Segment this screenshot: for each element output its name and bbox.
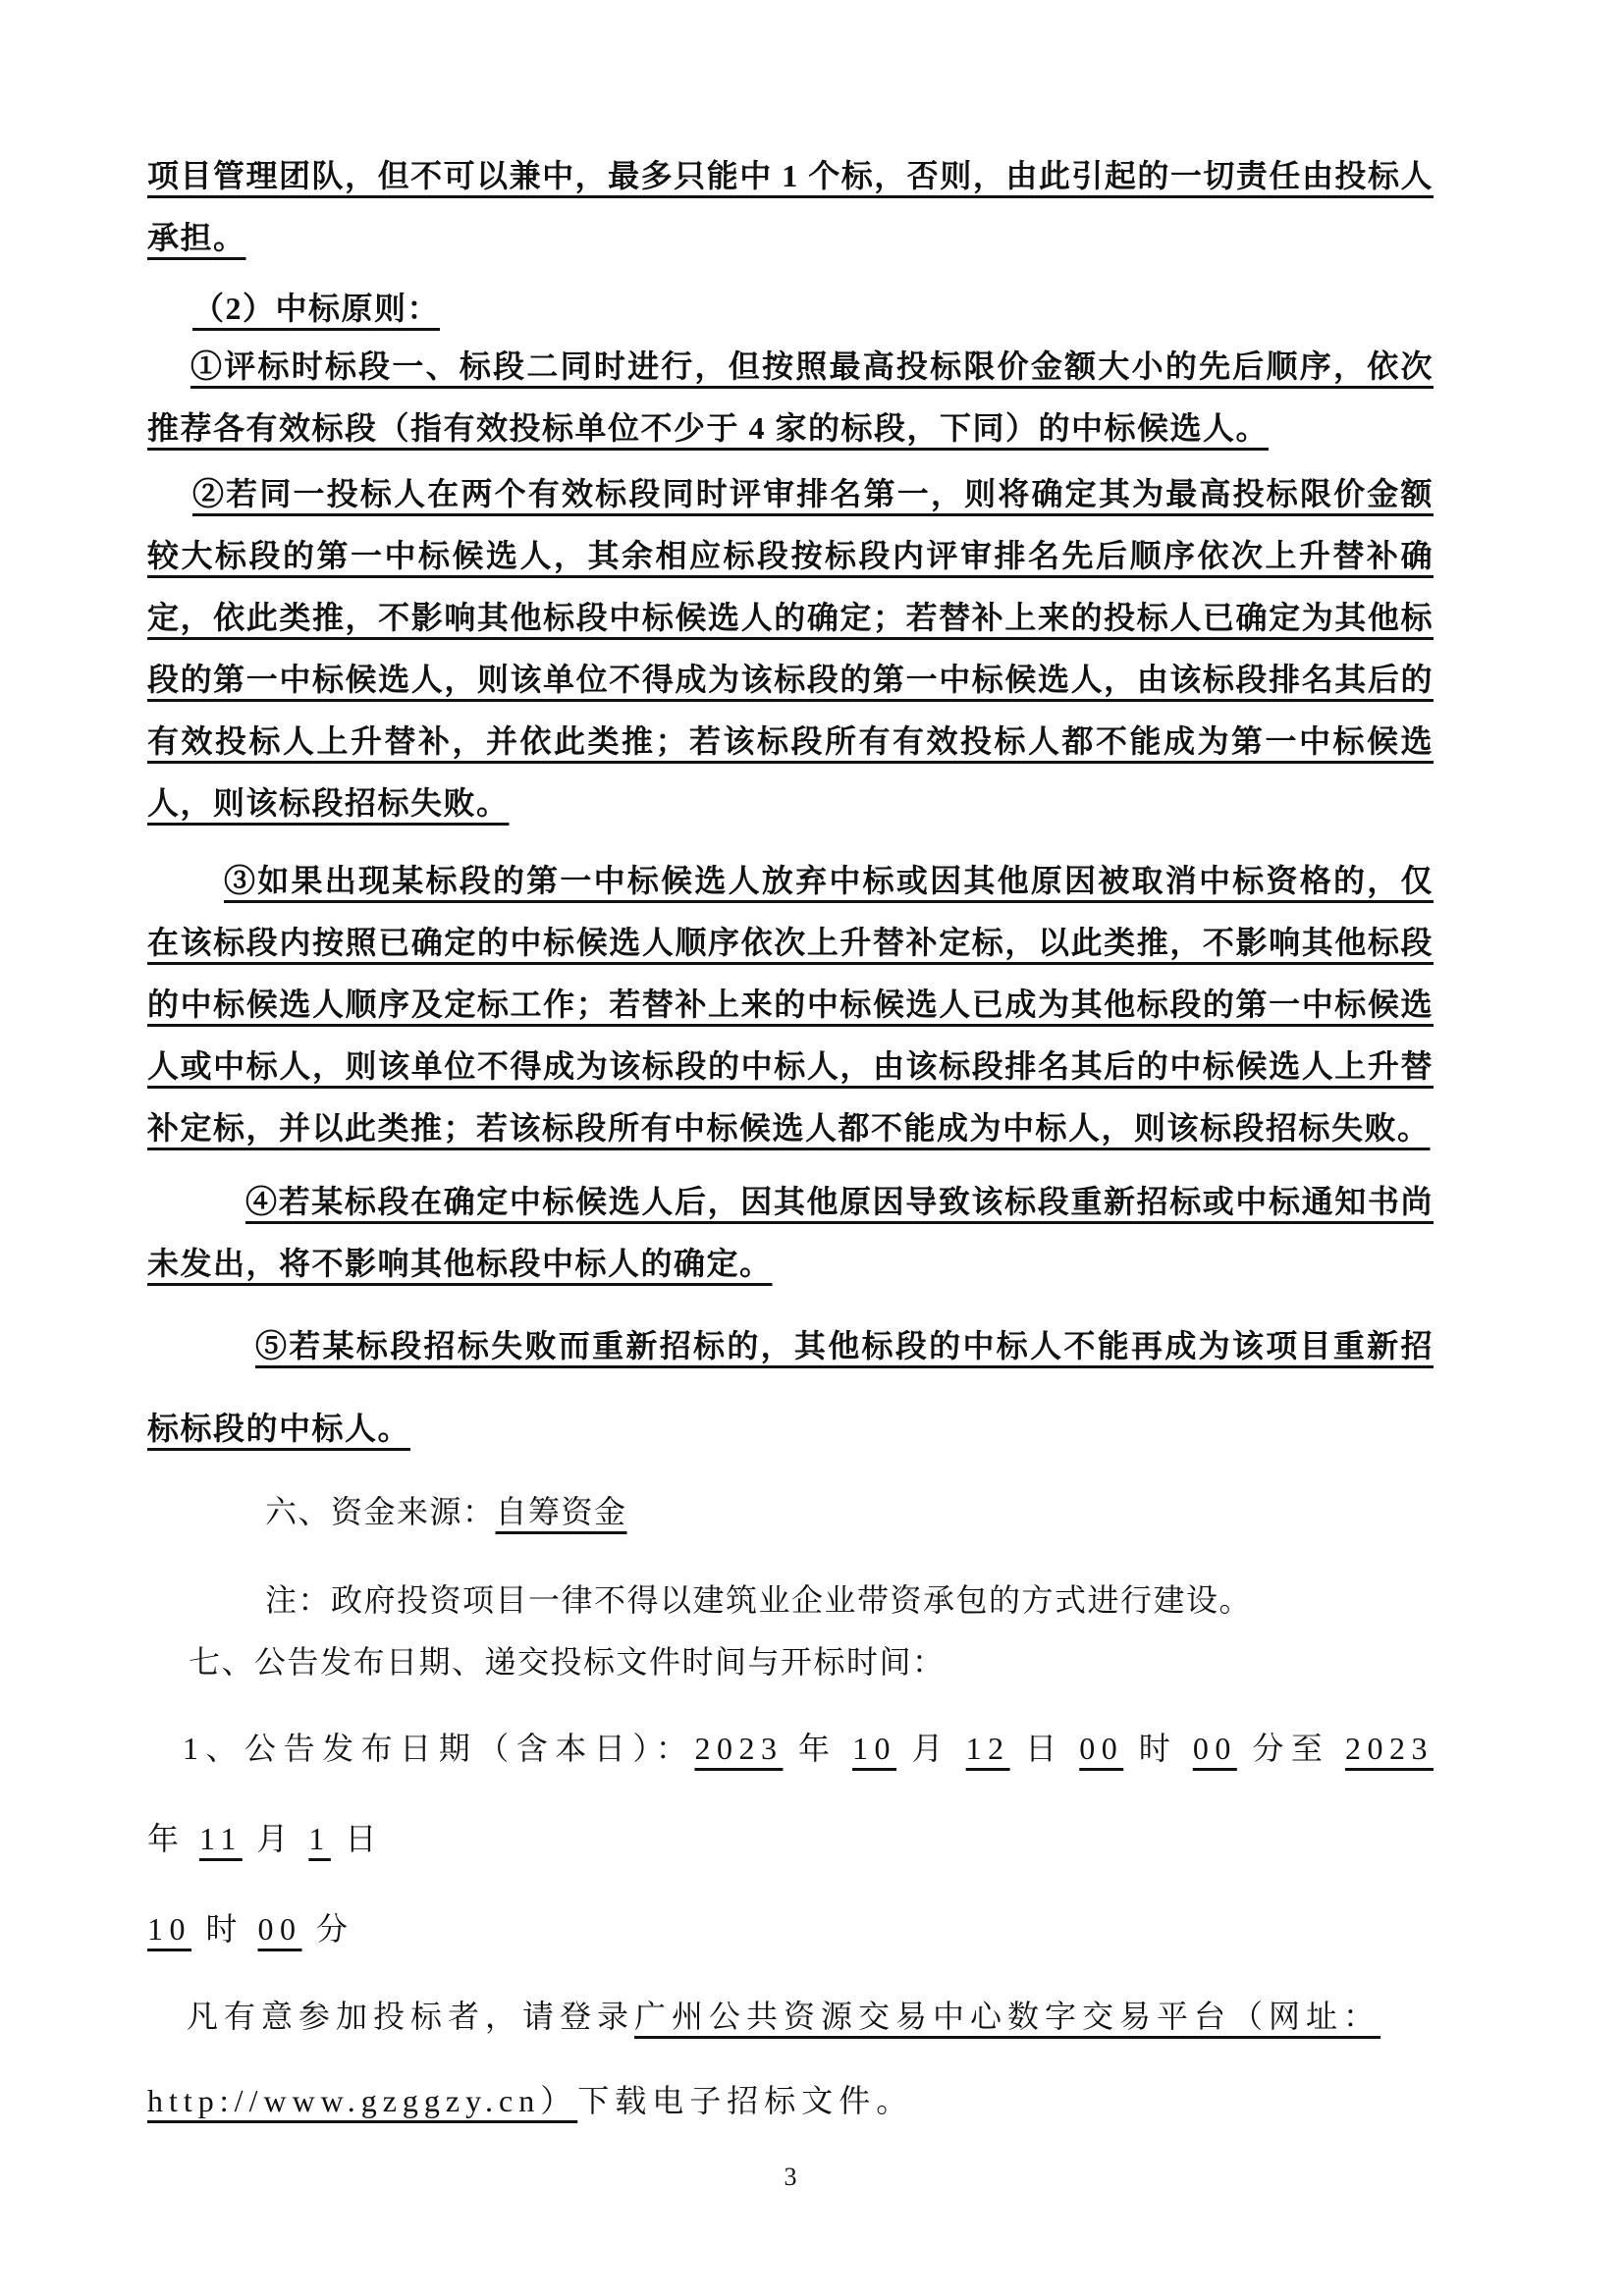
- page-number: 3: [147, 2164, 1434, 2190]
- underlined-text-segment: 项目管理团队，但不可以兼中，最多只能中 1 个标，否则，由此引起的一切责任由投标…: [147, 158, 1434, 255]
- text-segment: 下载电子招标文件。: [577, 2083, 913, 2118]
- text-segment: 凡有意参加投标者，请登录: [187, 1999, 634, 2034]
- text-segment: 六、资金来源：: [265, 1494, 496, 1529]
- text-segment: 时: [191, 1911, 258, 1947]
- text-segment: 1、公告发布日期（含本日）：: [183, 1731, 694, 1766]
- text-segment: 年: [783, 1731, 852, 1766]
- underlined-text-segment: ⑤若某标段招标失败而重新招标的，其他标段的中标人不能再成为该项目重新招标标段的中…: [147, 1328, 1434, 1446]
- underlined-text-segment: 广州公共资源交易中心数字交易平台（网址：: [634, 1999, 1380, 2034]
- underlined-text-segment: ④若某标段在确定中标候选人后，因其他原因导致该标段重新招标或中标通知书尚未发出，…: [147, 1184, 1434, 1281]
- document-page: 项目管理团队，但不可以兼中，最多只能中 1 个标，否则，由此引起的一切责任由投标…: [0, 0, 1624, 2296]
- underlined-text-segment: 00: [1193, 1731, 1237, 1766]
- paragraph-principle-2: ②若同一投标人在两个有效标段同时评审排名第一，则将确定其为最高投标限价金额较大标…: [147, 463, 1434, 834]
- underlined-text-segment: 2023: [1345, 1731, 1434, 1766]
- text-segment: 时: [1123, 1731, 1193, 1766]
- underlined-text-segment: http://www.gzggzy.cn）: [147, 2083, 577, 2118]
- paragraph-principle-5: ⑤若某标段招标失败而重新招标的，其他标段的中标人不能再成为该项目重新招标标段的中…: [147, 1305, 1434, 1469]
- text-segment: 日: [1010, 1731, 1080, 1766]
- heading-award-principles: （2）中标原则：: [147, 281, 1434, 336]
- underlined-text-segment: 2023: [694, 1731, 783, 1766]
- underlined-text-segment: （2）中标原则：: [192, 291, 440, 326]
- underlined-text-segment: 自筹资金: [496, 1494, 627, 1529]
- paragraph-carryover: 项目管理团队，但不可以兼中，最多只能中 1 个标，否则，由此引起的一切责任由投标…: [147, 145, 1434, 269]
- paragraph-download-instruction: 凡有意参加投标者，请登录广州公共资源交易中心数字交易平台（网址：http://w…: [147, 1974, 1434, 2143]
- text-segment: 七、公告发布日期、递交投标文件时间与开标时间：: [189, 1644, 946, 1680]
- text-segment: 月: [243, 1821, 309, 1856]
- text-segment: 分: [302, 1911, 354, 1947]
- underlined-text-segment: 12: [966, 1731, 1010, 1766]
- underlined-text-segment: 1: [308, 1821, 331, 1856]
- heading-section-7: 七、公告发布日期、递交投标文件时间与开标时间：: [147, 1631, 1434, 1693]
- text-segment: 日: [331, 1821, 383, 1856]
- paragraph-principle-1: ①评标时标段一、标段二同时进行，但按照最高投标限价金额大小的先后顺序，依次推荐各…: [147, 336, 1434, 459]
- underlined-text-segment: ③如果出现某标段的第一中标候选人放弃中标或因其他原因被取消中标资格的，仅在该标段…: [147, 863, 1434, 1146]
- paragraph-principle-3: ③如果出现某标段的第一中标候选人放弃中标或因其他原因被取消中标资格的，仅在该标段…: [147, 850, 1434, 1159]
- underlined-text-segment: 00: [1079, 1731, 1123, 1766]
- underlined-text-segment: 10: [147, 1911, 191, 1947]
- text-segment: 月: [896, 1731, 966, 1766]
- paragraph-principle-4: ④若某标段在确定中标候选人后，因其他原因导致该标段重新招标或中标通知书尚未发出，…: [147, 1171, 1434, 1295]
- paragraph-funding-source: 六、资金来源：自筹资金: [147, 1481, 1434, 1543]
- text-segment: 注：政府投资项目一律不得以建筑业企业带资承包的方式进行建设。: [265, 1582, 1252, 1618]
- paragraph-announcement-period: 1、公告发布日期（含本日）：2023 年 10 月 12 日 00 时 00 分…: [147, 1703, 1434, 1974]
- underlined-text-segment: 11: [199, 1821, 243, 1856]
- underlined-text-segment: 10: [852, 1731, 896, 1766]
- text-segment: 分至: [1237, 1731, 1345, 1766]
- underlined-text-segment: ①评标时标段一、标段二同时进行，但按照最高投标限价金额大小的先后顺序，依次推荐各…: [147, 348, 1434, 446]
- underlined-text-segment: 00: [258, 1911, 302, 1947]
- document-content: 项目管理团队，但不可以兼中，最多只能中 1 个标，否则，由此引起的一切责任由投标…: [147, 145, 1434, 2190]
- underlined-text-segment: ②若同一投标人在两个有效标段同时评审排名第一，则将确定其为最高投标限价金额较大标…: [147, 476, 1434, 821]
- paragraph-funding-note: 注：政府投资项目一律不得以建筑业企业带资承包的方式进行建设。: [147, 1570, 1434, 1631]
